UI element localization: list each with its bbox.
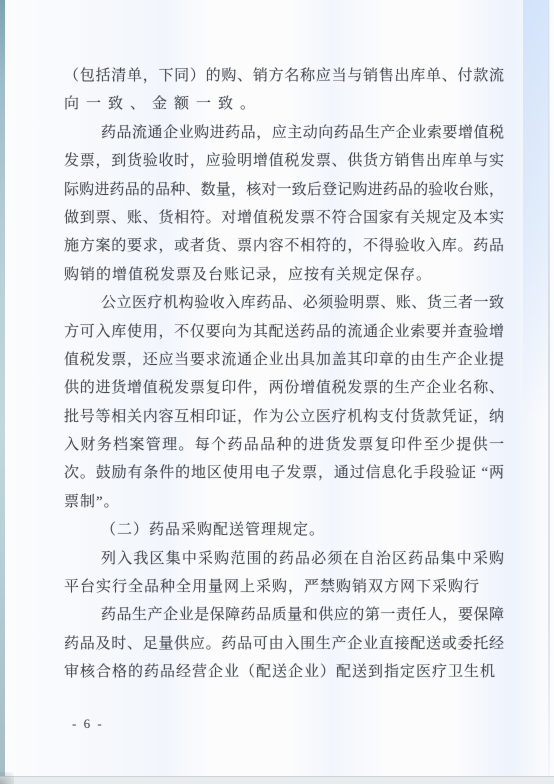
text-line: 药品生产企业是保障药品质量和供应的第一责任人，要保障 [64, 601, 504, 629]
text-line: （包括清单，下同）的购、销方名称应当与销售出库单、付款流 [64, 62, 504, 90]
text-line: 次。鼓励有条件的地区使用电子发票，通过信息化手段验证 “两 [64, 459, 504, 487]
text-line: 审核合格的药品经营企业（配送企业）配送到指定医疗卫生机构。 [64, 658, 504, 686]
scan-right-edge-line [548, 0, 550, 776]
paragraph-public-medical-institutions: 公立医疗机构验收入库药品、必须验明票、账、货三者一致 方可入库使用，不仅要向为其… [64, 289, 504, 516]
scan-bottom-left-corner-shadow [0, 772, 14, 784]
section-heading-procurement-delivery: （二）药品采购配送管理规定。 [64, 516, 504, 544]
paragraph-centralized-procurement: 列入我区集中采购范围的药品必须在自治区药品集中采购 平台实行全品种全用量网上采购… [64, 545, 504, 602]
text-line: 列入我区集中采购范围的药品必须在自治区药品集中采购 [64, 545, 504, 573]
scan-right-blue-band [523, 0, 549, 420]
text-line: 做到票、账、货相符。对增值税发票不符合国家有关规定及本实 [64, 204, 504, 232]
paragraph-continuation: （包括清单，下同）的购、销方名称应当与销售出库单、付款流 向一致、金额一致。 [64, 62, 504, 119]
text-line: 平台实行全品种全用量网上采购，严禁购销双方网下采购行为。 [64, 573, 504, 601]
text-line: 际购进药品的品种、数量，核对一致后登记购进药品的验收台账， [64, 176, 504, 204]
text-line: 值税发票，还应当要求流通企业出具加盖其印章的由生产企业提 [64, 346, 504, 374]
text-line: 供的进货增值税发票复印件，两份增值税发票的生产企业名称、 [64, 374, 504, 402]
text-line: 方可入库使用，不仅要向为其配送药品的流通企业索要并查验增 [64, 318, 504, 346]
text-line: 批号等相关内容互相印证，作为公立医疗机构支付货款凭证，纳 [64, 403, 504, 431]
scan-left-edge-strip [0, 0, 5, 784]
text-line: 购销的增值税发票及台账记录，应按有关规定保存。 [64, 261, 504, 289]
text-line: 公立医疗机构验收入库药品、必须验明票、账、货三者一致 [64, 289, 504, 317]
text-line: 入财务档案管理。每个药品品种的进货发票复印件至少提供一 [64, 431, 504, 459]
text-line: 施方案的要求，或者货、票内容不相符的，不得验收入库。药品 [64, 232, 504, 260]
text-line: 药品流通企业购进药品，应主动向药品生产企业索要增值税 [64, 119, 504, 147]
scan-bottom-edge-strip [0, 776, 554, 784]
paragraph-invoice-verification: 药品流通企业购进药品，应主动向药品生产企业索要增值税 发票，到货验收时，应验明增… [64, 119, 504, 289]
page-number: - 6 - [72, 716, 104, 732]
text-line: 发票，到货验收时，应验明增值税发票、供货方销售出库单与实 [64, 147, 504, 175]
text-line: 票制”。 [64, 488, 504, 516]
document-body: （包括清单，下同）的购、销方名称应当与销售出库单、付款流 向一致、金额一致。 药… [64, 62, 504, 687]
scanned-document-page: （包括清单，下同）的购、销方名称应当与销售出库单、付款流 向一致、金额一致。 药… [0, 0, 554, 784]
text-line: 药品及时、足量供应。药品可由入围生产企业直接配送或委托经 [64, 630, 504, 658]
section-heading-line: （二）药品采购配送管理规定。 [64, 516, 504, 544]
text-line: 向一致、金额一致。 [64, 90, 504, 118]
paragraph-manufacturer-responsibility: 药品生产企业是保障药品质量和供应的第一责任人，要保障 药品及时、足量供应。药品可… [64, 601, 504, 686]
